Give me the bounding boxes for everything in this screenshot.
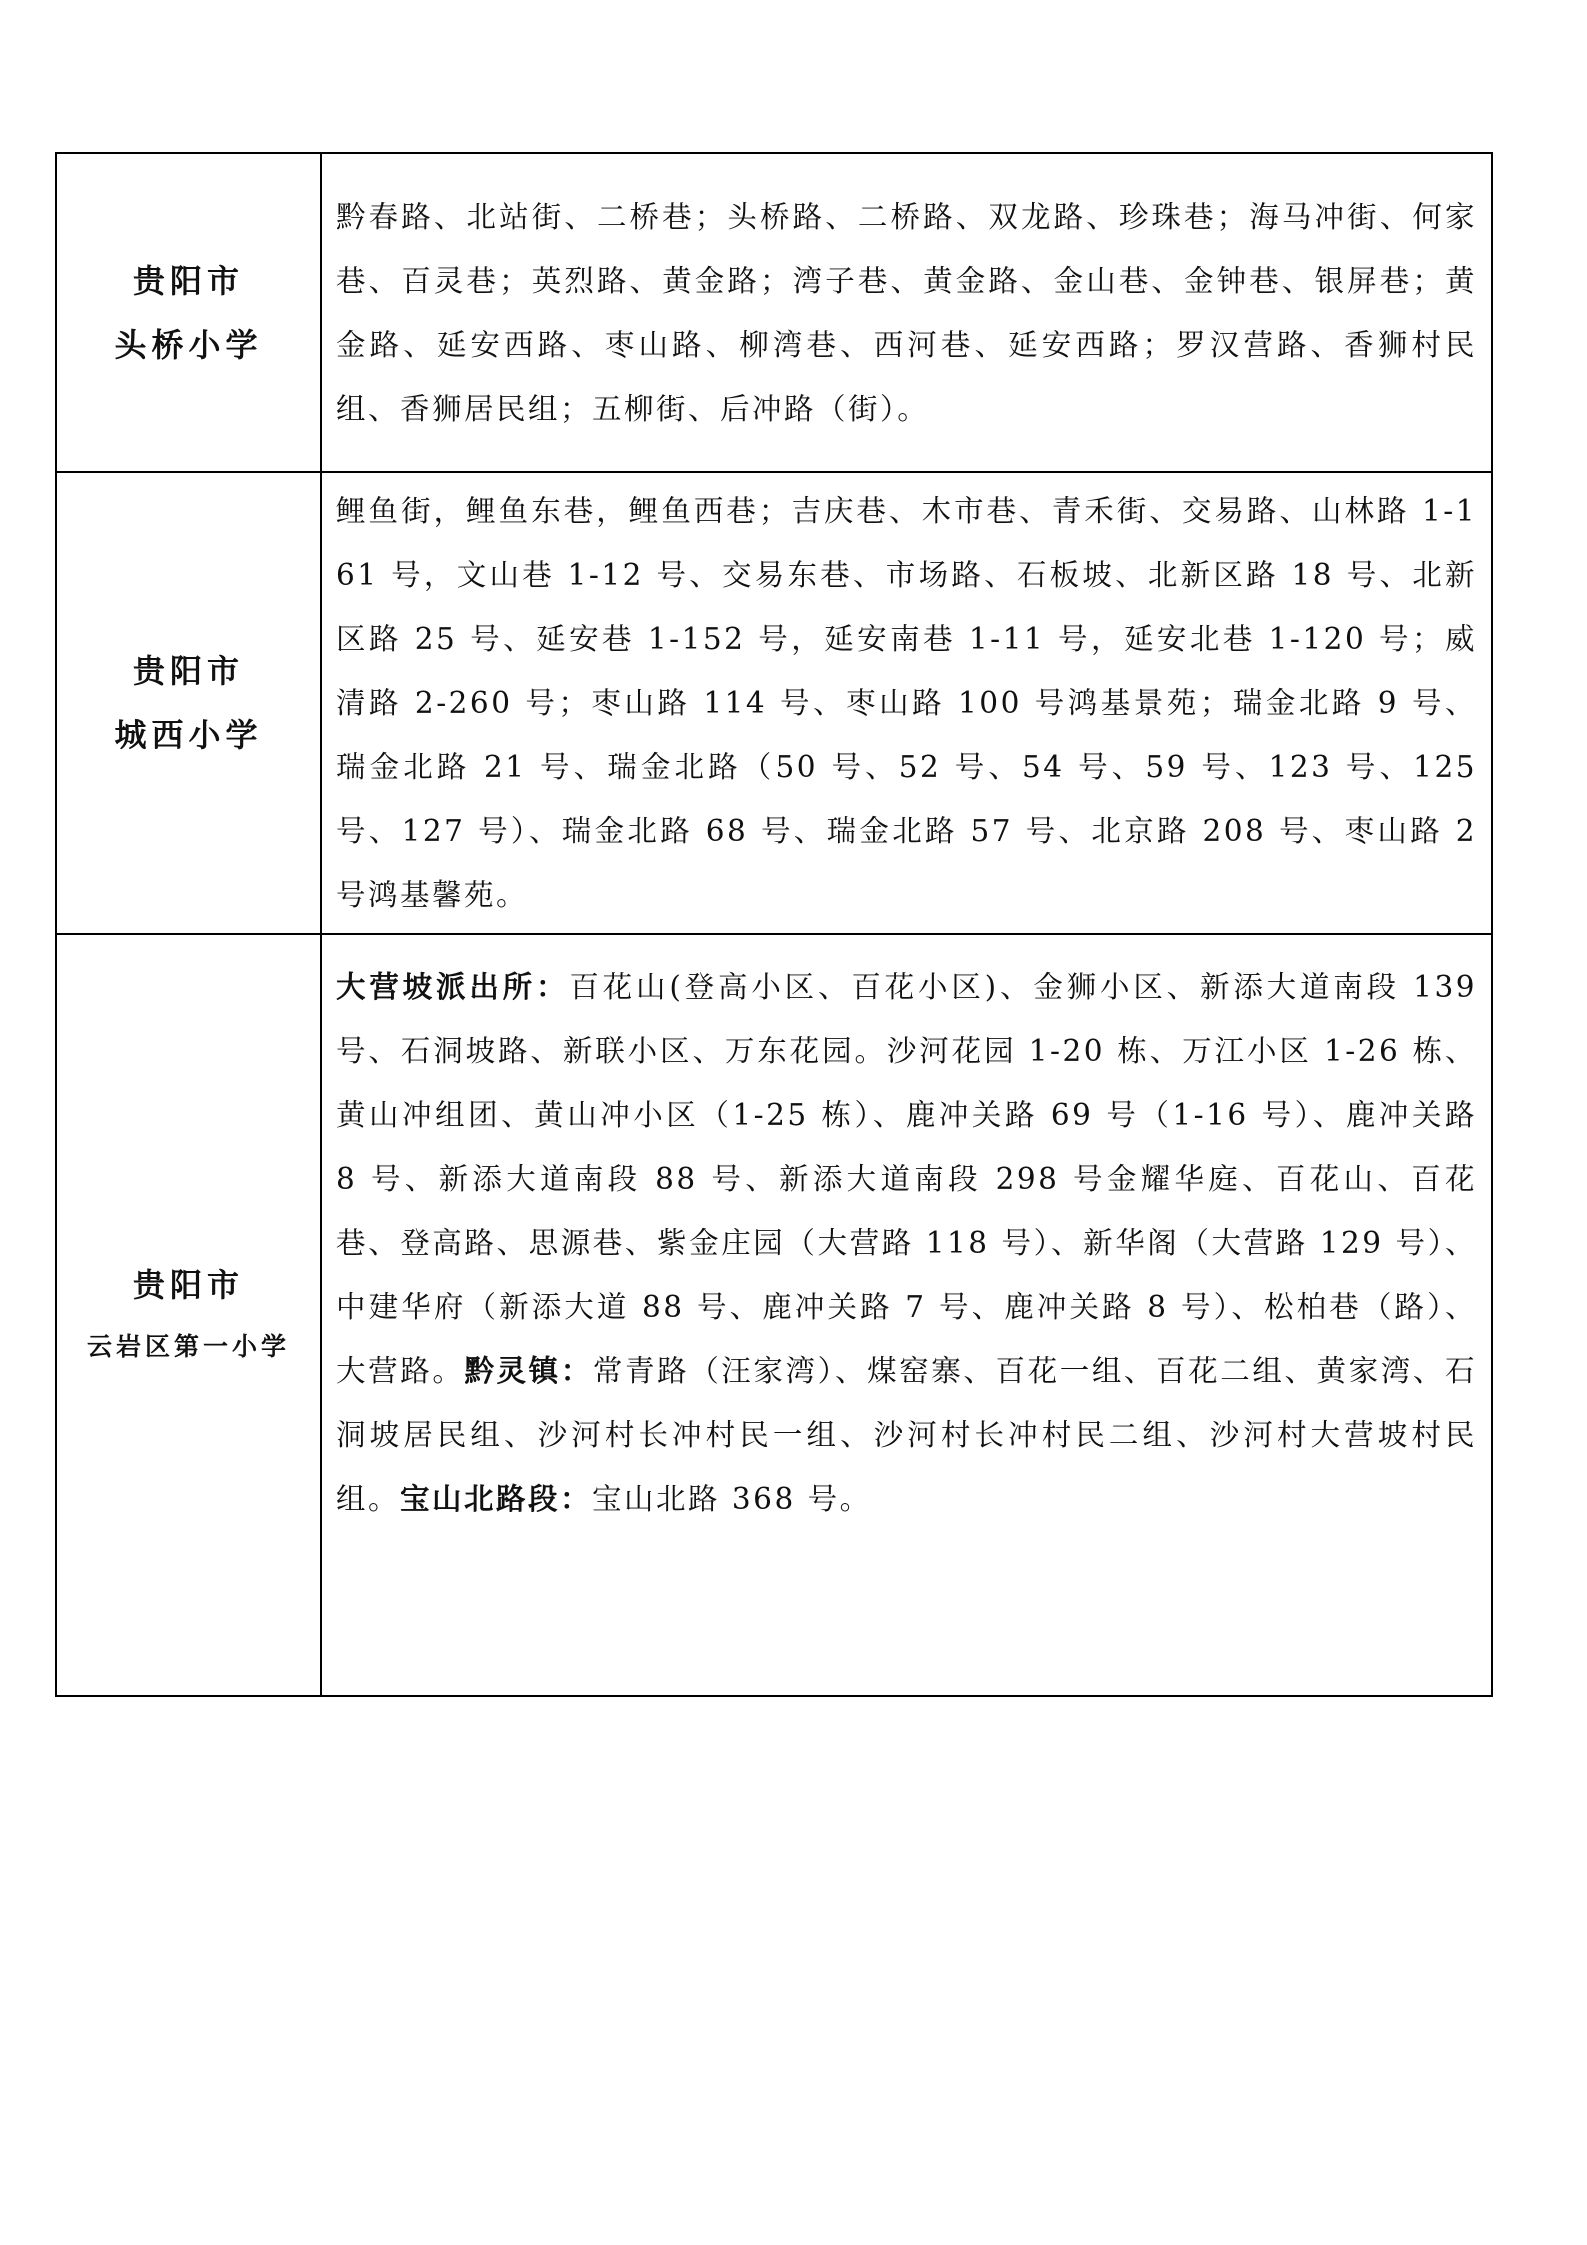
- area-cell: 大营坡派出所：百花山(登高小区、百花小区)、金狮小区、新添大道南段 139 号、…: [321, 934, 1492, 1696]
- area-text: 百花山(登高小区、百花小区)、金狮小区、新添大道南段 139 号、石洞坡路、新联…: [336, 970, 1477, 1388]
- area-text: 宝山北路 368 号。: [592, 1482, 872, 1516]
- school-cell: 贵阳市 头桥小学: [56, 153, 321, 472]
- school-city: 贵阳市: [57, 249, 320, 313]
- area-heading-dayingpo-police: 大营坡派出所：: [336, 970, 569, 1004]
- document-page: 贵阳市 头桥小学 黔春路、北站街、二桥巷；头桥路、二桥路、双龙路、珍珠巷；海马冲…: [0, 0, 1587, 2245]
- school-cell: 贵阳市 云岩区第一小学: [56, 934, 321, 1696]
- school-district-table: 贵阳市 头桥小学 黔春路、北站街、二桥巷；头桥路、二桥路、双龙路、珍珠巷；海马冲…: [55, 152, 1493, 1697]
- school-name: 头桥小学: [57, 313, 320, 377]
- school-name: 云岩区第一小学: [57, 1317, 320, 1377]
- area-text: 黔春路、北站街、二桥巷；头桥路、二桥路、双龙路、珍珠巷；海马冲街、何家巷、百灵巷…: [336, 200, 1477, 426]
- area-cell: 黔春路、北站街、二桥巷；头桥路、二桥路、双龙路、珍珠巷；海马冲街、何家巷、百灵巷…: [321, 153, 1492, 472]
- school-name: 城西小学: [57, 703, 320, 767]
- area-cell: 鲤鱼街，鲤鱼东巷，鲤鱼西巷；吉庆巷、木市巷、青禾街、交易路、山林路 1-161 …: [321, 472, 1492, 934]
- area-heading-baoshan-north: 宝山北路段：: [400, 1482, 592, 1516]
- table-row-yunyan-first: 贵阳市 云岩区第一小学 大营坡派出所：百花山(登高小区、百花小区)、金狮小区、新…: [56, 934, 1492, 1696]
- table-row-toqiao: 贵阳市 头桥小学 黔春路、北站街、二桥巷；头桥路、二桥路、双龙路、珍珠巷；海马冲…: [56, 153, 1492, 472]
- area-heading-qianling-town: 黔灵镇：: [464, 1354, 592, 1388]
- school-city: 贵阳市: [57, 639, 320, 703]
- table-row-chengxi: 贵阳市 城西小学 鲤鱼街，鲤鱼东巷，鲤鱼西巷；吉庆巷、木市巷、青禾街、交易路、山…: [56, 472, 1492, 934]
- area-text: 鲤鱼街，鲤鱼东巷，鲤鱼西巷；吉庆巷、木市巷、青禾街、交易路、山林路 1-161 …: [336, 494, 1477, 912]
- school-cell: 贵阳市 城西小学: [56, 472, 321, 934]
- school-city: 贵阳市: [57, 1253, 320, 1317]
